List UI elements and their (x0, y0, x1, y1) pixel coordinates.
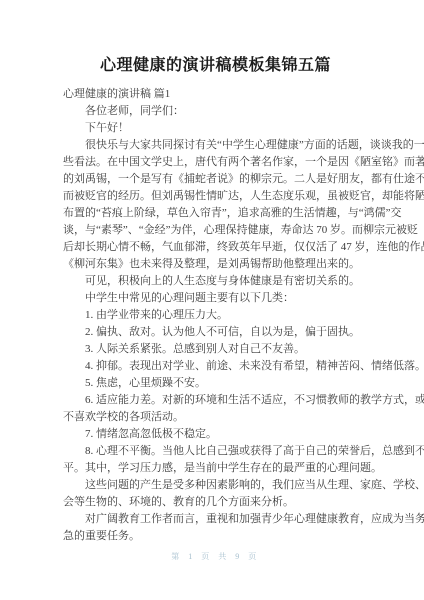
text-line: 3. 人际关系紧张。总感到别人对自己不友善。 (63, 341, 368, 358)
text-line: 些看法。在中国文学史上，唐代有两个著名作家，一个是因《陋室铭》而著称 (63, 154, 368, 171)
text-line: 不喜欢学校的各项活动。 (63, 409, 368, 426)
text-line: 4. 抑郁。表现出对学业、前途、未来没有希望，精神苦闷、情绪低落。 (63, 358, 368, 375)
text-line: 8. 心理不平衡。当他人比自己强或获得了高于自己的荣誉后，总感到不 (63, 443, 368, 460)
document-title: 心理健康的演讲稿模板集锦五篇 (63, 56, 368, 76)
text-line: 7. 情绪忽高忽低极不稳定。 (63, 426, 368, 443)
document-page: 心理健康的演讲稿模板集锦五篇 心理健康的演讲稿 篇1 各位老师，同学们：下午好！… (0, 0, 424, 600)
text-line: 1. 由学业带来的心理压力大。 (63, 307, 368, 324)
text-line: 谈，与“素琴”、“金经”为伴，心理保持健康，寿命达 70 岁。而柳宗元被贬 (63, 222, 368, 239)
text-line: 布置的“苔痕上阶绿，草色入帘青”，追求高雅的生活情趣，与“鸿儒”交 (63, 205, 368, 222)
text-line: 下午好！ (63, 120, 368, 137)
text-line: 的刘禹锡，一个是写有《捕蛇者说》的柳宗元。二人是好朋友，都有仕途不顺 (63, 171, 368, 188)
page-number-indicator: 第 1 页 共 9 页 (63, 552, 368, 562)
document-body: 各位老师，同学们：下午好！很快乐与大家共同探讨有关“中学生心理健康”方面的话题，… (63, 103, 368, 545)
text-line: 后却长期心情不畅，气血郁滞，终致英年早逝，仅仅活了 47 岁，连他的作品集 (63, 239, 368, 256)
section-heading: 心理健康的演讲稿 篇1 (63, 86, 368, 103)
text-line: 对广阔教育工作者而言，重视和加强青少年心理健康教育，应成为当务之 (63, 511, 368, 528)
text-line: 5. 焦虑，心里烦躁不安。 (63, 375, 368, 392)
text-line: 平。其中，学习压力感，是当前中学生存在的最严重的心理问题。 (63, 460, 368, 477)
text-line: 各位老师，同学们： (63, 103, 368, 120)
text-line: 2. 偏执、敌对。认为他人不可信，自以为是，偏于固执。 (63, 324, 368, 341)
text-line: 《柳河东集》也未来得及整理，是刘禹锡帮助他整理出来的。 (63, 256, 368, 273)
text-line: 会等生物的、环境的、教育的几个方面来分析。 (63, 494, 368, 511)
text-line: 急的重要任务。 (63, 528, 368, 545)
text-line: 6. 适应能力差。对新的环境和生活不适应，不习惯教师的教学方式，或者 (63, 392, 368, 409)
text-line: 可见，积极向上的人生态度与身体健康是有密切关系的。 (63, 273, 368, 290)
text-line: 这些问题的产生是受多种因素影响的，我们应当从生理、家庭、学校、社 (63, 477, 368, 494)
text-line: 很快乐与大家共同探讨有关“中学生心理健康”方面的话题，谈谈我的一 (63, 137, 368, 154)
text-line: 而被贬官的经历。但刘禹锡性情旷达，人生态度乐观，虽被贬官，却能将陋室 (63, 188, 368, 205)
text-line: 中学生中常见的心理问题主要有以下几类： (63, 290, 368, 307)
